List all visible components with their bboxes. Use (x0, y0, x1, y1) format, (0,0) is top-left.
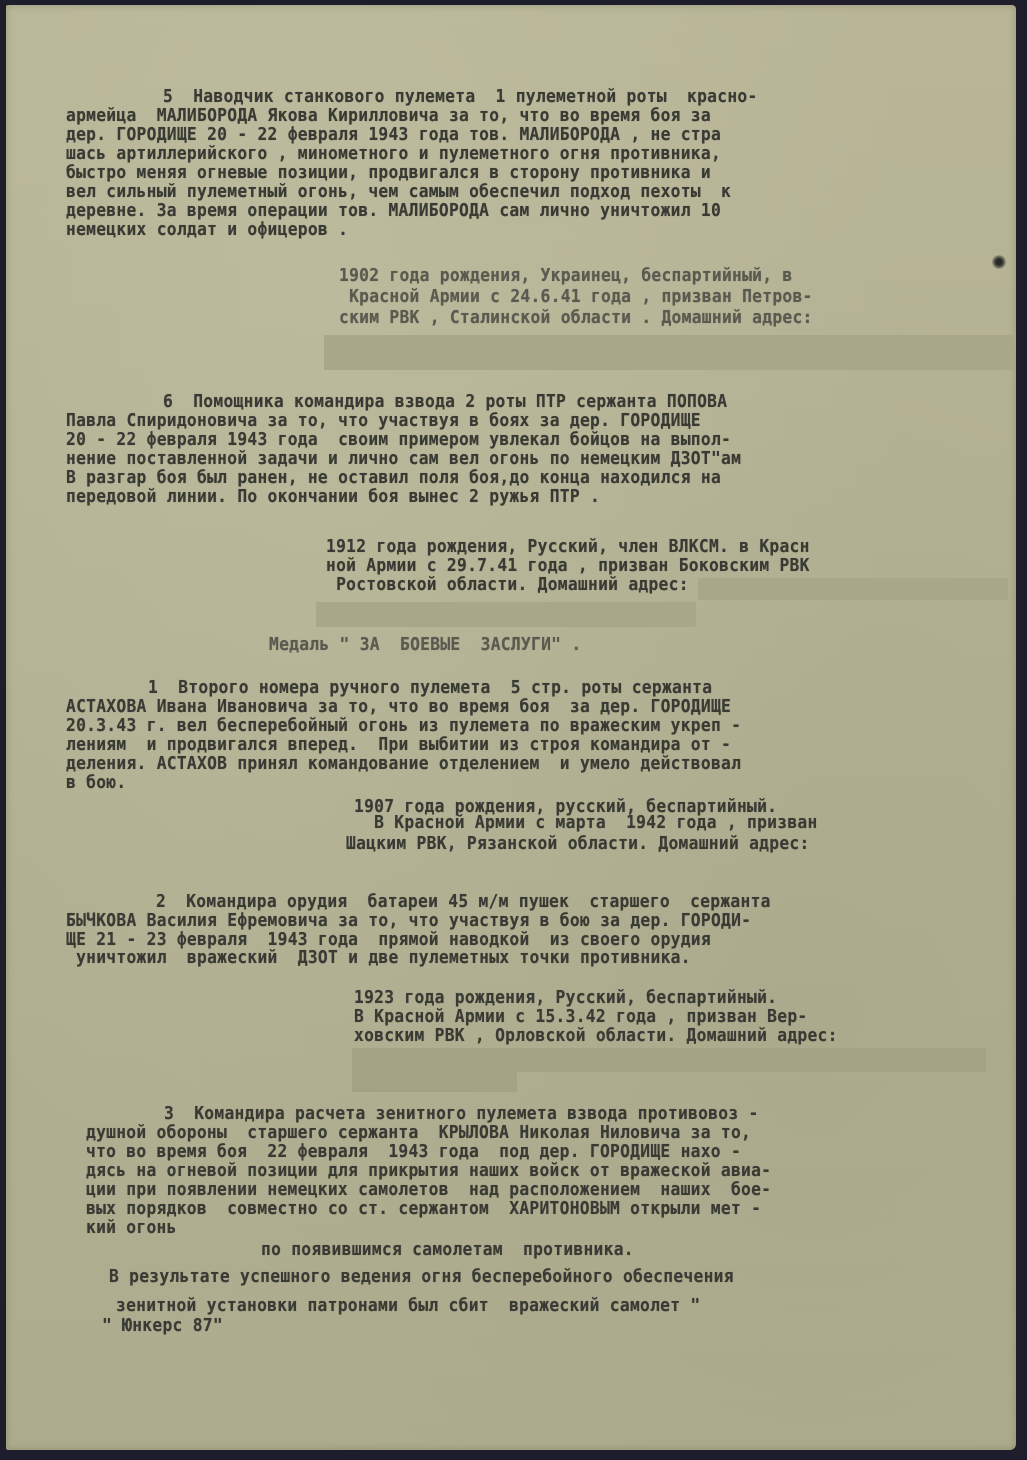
medal-entry-3-line-2: душной обороны старшего сержанта КРЫЛОВА… (86, 1124, 751, 1143)
medal-entry-1-bio-2: В Красной Армии с марта 1942 года , приз… (354, 814, 818, 833)
entry-6-line-5: В разгар боя был ранен, не оставил поля … (66, 469, 721, 488)
entry-6-line-3: 20 - 22 февраля 1943 года своим примером… (66, 431, 731, 450)
medal-entry-2-bio-3: ховским РВК , Орловской области. Домашни… (354, 1027, 838, 1046)
entry-6-line-1: 6 Помощника командира взвода 2 роты ПТР … (163, 393, 727, 412)
redaction-block (324, 335, 1014, 370)
entry-6-line-2: Павла Спиридоновича за то, что участвуя … (66, 412, 701, 431)
entry-5-line-6: вел сильный пулеметный огонь, чем самым … (66, 183, 731, 202)
medal-entry-3-line-4: дясь на огневой позиции для прикрытия на… (86, 1162, 771, 1181)
redaction-block (316, 602, 696, 627)
medal-entry-2-line-4: уничтожил вражеский ДЗОТ и две пулеметны… (66, 949, 691, 968)
medal-entry-3-cont-3: зенитной установки патронами был сбит вр… (116, 1297, 700, 1316)
medal-entry-3-line-1: 3 Командира расчета зенитного пулемета в… (164, 1105, 759, 1124)
paper-sheet: 5 Наводчик станкового пулемета 1 пулемет… (6, 5, 1016, 1450)
punch-hole (992, 255, 1006, 269)
entry-6-bio-1: 1912 года рождения, Русский, член ВЛКСМ.… (326, 538, 810, 557)
entry-5-line-5: быстро меняя огневые позиции, продвигалс… (66, 164, 711, 183)
entry-6-bio-2: ной Армии с 29.7.41 года , призван Боков… (326, 557, 810, 576)
entry-5-line-1: 5 Наводчик станкового пулемета 1 пулемет… (163, 88, 758, 107)
medal-entry-1-bio-3: Шацким РВК, Рязанской области. Домашний … (346, 835, 810, 854)
medal-entry-1-line-4: лениям и продвигался вперед. При выбитии… (66, 736, 731, 755)
medal-entry-2-bio-2: В Красной Армии с 15.3.42 года , призван… (354, 1008, 807, 1027)
entry-5-line-3: дер. ГОРОДИЩЕ 20 - 22 февраля 1943 года … (66, 126, 721, 145)
medal-entry-3-line-3: что во время боя 22 февраля 1943 года по… (86, 1143, 741, 1162)
entry-5-line-8: немецких солдат и офицеров . (66, 221, 348, 240)
entry-5-bio-3: ским РВК , Сталинской области . Домашний… (339, 309, 813, 328)
medal-entry-3-cont-2: В результате успешного ведения огня бесп… (109, 1268, 734, 1287)
medal-entry-1-line-3: 20.3.43 г. вел бесперебойный огонь из пу… (66, 717, 741, 736)
medal-entry-3-cont-4: " Юнкерс 87" (102, 1317, 223, 1336)
medal-entry-2-line-1: 2 Командира орудия батареи 45 м/м пушек … (156, 893, 771, 912)
entry-6-line-4: нение поставленной задачи и лично сам ве… (66, 450, 741, 469)
entry-5-line-2: армейца МАЛИБОРОДА Якова Кирилловича за … (66, 107, 711, 126)
medal-entry-3-cont-1: по появившимся самолетам противника. (261, 1241, 634, 1260)
medal-entry-3-line-7: кий огонь (86, 1219, 177, 1238)
entry-5-bio-1: 1902 года рождения, Украинец, беспартийн… (339, 267, 792, 286)
redaction-block (698, 578, 1008, 600)
medal-entry-2-bio-1: 1923 года рождения, Русский, беспартийны… (354, 989, 777, 1008)
medal-entry-3-line-5: ции при появлении немецких самолетов над… (86, 1181, 771, 1200)
section-heading-medal: Медаль " ЗА БОЕВЫЕ ЗАСЛУГИ" . (269, 636, 581, 655)
entry-6-bio-3: Ростовской области. Домашний адрес: (326, 576, 689, 595)
entry-6-line-6: передовой линии. По окончании боя вынес … (66, 488, 600, 507)
entry-5-line-4: шась артиллерийского , минометного и пул… (66, 145, 721, 164)
medal-entry-1-line-6: в бою. (66, 774, 126, 793)
medal-entry-1-line-2: АСТАХОВА Ивана Ивановича за то, что во в… (66, 698, 731, 717)
medal-entry-2-line-2: БЫЧКОВА Василия Ефремовича за то, что уч… (66, 912, 751, 931)
redaction-block (352, 1072, 517, 1092)
medal-entry-1-line-5: деления. АСТАХОВ принял командование отд… (66, 755, 741, 774)
entry-5-bio-2: Красной Армии с 24.6.41 года , призван П… (339, 288, 813, 307)
entry-5-line-7: деревне. За время операции тов. МАЛИБОРО… (66, 202, 721, 221)
redaction-block (352, 1048, 986, 1072)
medal-entry-3-line-6: вых порядков совместно со ст. сержантом … (86, 1200, 761, 1219)
scanned-document: 5 Наводчик станкового пулемета 1 пулемет… (0, 0, 1027, 1460)
medal-entry-1-line-1: 1 Второго номера ручного пулемета 5 стр.… (148, 679, 712, 698)
